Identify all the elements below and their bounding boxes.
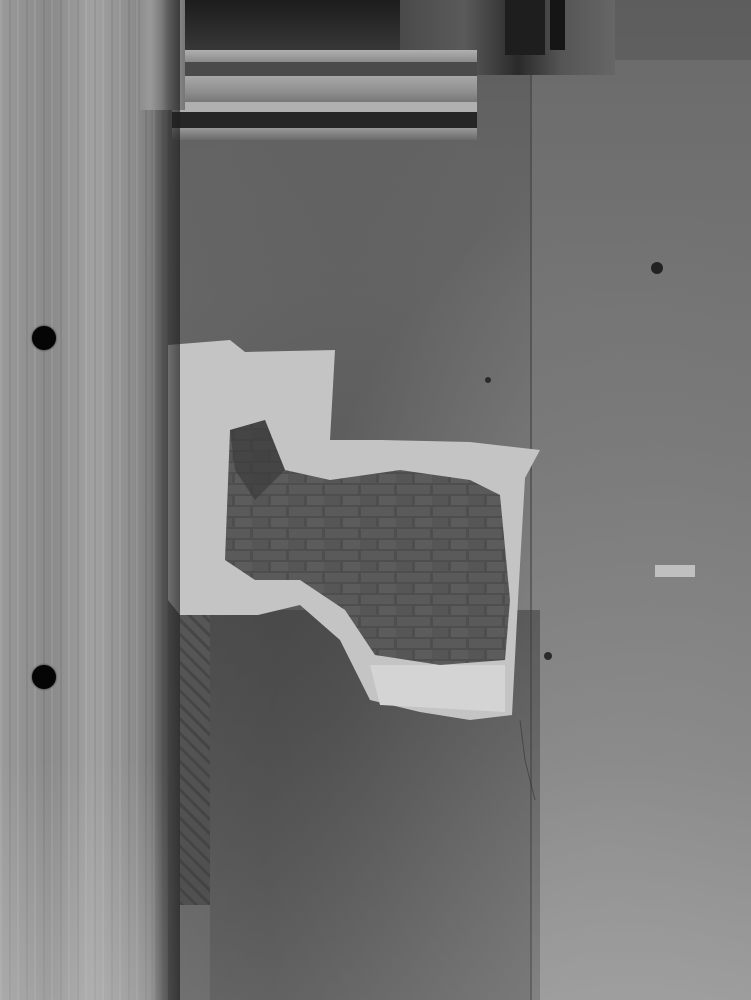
wall-photograph: [0, 0, 751, 1000]
punch-hole-icon: [32, 665, 56, 689]
pilaster-highlight: [0, 760, 168, 1000]
pilaster-edge-shadow: [150, 0, 180, 1000]
punch-hole-icon: [32, 326, 56, 350]
